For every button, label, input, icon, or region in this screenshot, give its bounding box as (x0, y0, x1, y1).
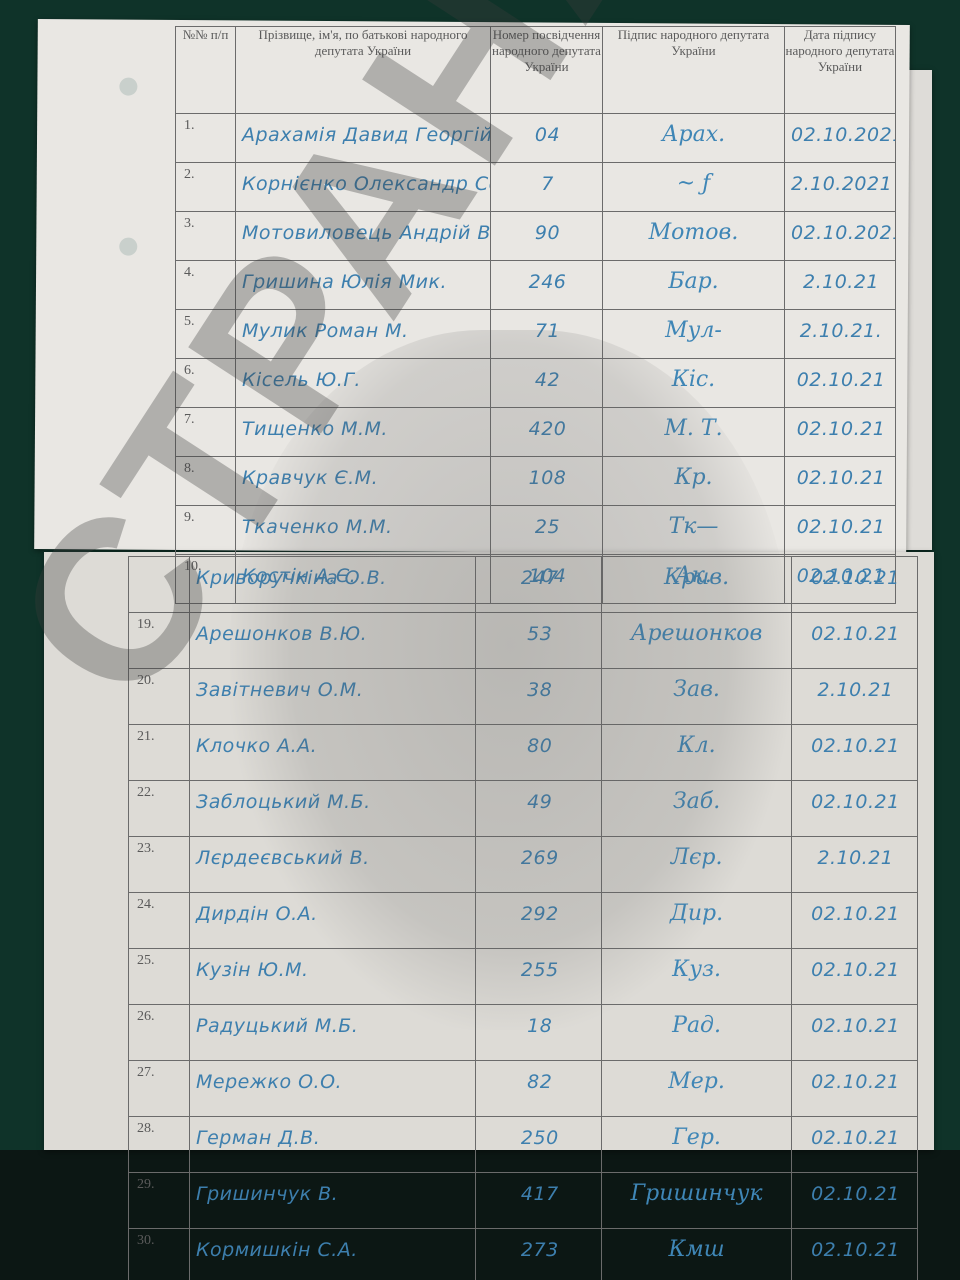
deputy-name: Лєрдеєвський В. (190, 837, 476, 893)
signature: Тк— (603, 506, 785, 555)
row-number: 4. (176, 261, 236, 310)
signature: Зав. (602, 669, 791, 725)
signature: Куз. (602, 949, 791, 1005)
deputy-name: Мотовиловець Андрій Володимирович (236, 212, 491, 261)
signature: Арах. (603, 114, 785, 163)
signature: ~ ƒ (603, 163, 785, 212)
table-row: 25. Кузін Ю.М. 255 Куз. 02.10.21 (129, 949, 918, 1005)
certificate-number: 420 (491, 408, 603, 457)
table-row: 27. Мережко О.О. 82 Мер. 02.10.21 (129, 1061, 918, 1117)
certificate-number: 7 (491, 163, 603, 212)
signature: Крив. (602, 557, 791, 613)
table-row: 5. Мулик Роман М. 71 Мул- 2.10.21. (176, 310, 896, 359)
row-number: 7. (176, 408, 236, 457)
table-row: 26. Радуцький М.Б. 18 Рад. 02.10.21 (129, 1005, 918, 1061)
row-number: 30. (129, 1229, 190, 1280)
table-row: 29. Гришинчук В. 417 Гришинчук 02.10.21 (129, 1173, 918, 1229)
certificate-number: 247 (476, 557, 602, 613)
punch-hole (119, 238, 137, 256)
certificate-number: 417 (476, 1173, 602, 1229)
signature-date: 02.10.21 (791, 1173, 917, 1229)
certificate-number: 71 (491, 310, 603, 359)
deputy-name: Гришинчук В. (190, 1173, 476, 1229)
signature-date: 02.10.21 (785, 408, 896, 457)
certificate-number: 90 (491, 212, 603, 261)
deputy-name: Герман Д.В. (190, 1117, 476, 1173)
col-header-name: Прізвище, ім'я, по батькові народного де… (236, 27, 491, 114)
signature-date: 2.10.2021 (785, 163, 896, 212)
row-number: 29. (129, 1173, 190, 1229)
punch-hole (119, 78, 137, 96)
certificate-number: 108 (491, 457, 603, 506)
row-number: 8. (176, 457, 236, 506)
signature: Кмш (602, 1229, 791, 1280)
table-row: 6. Кісель Ю.Г. 42 Кіс. 02.10.21 (176, 359, 896, 408)
certificate-number: 246 (491, 261, 603, 310)
signature-date: 02.10.21 (791, 1005, 917, 1061)
table-row: 23. Лєрдеєвський В. 269 Лєр. 2.10.21 (129, 837, 918, 893)
signature: Мер. (602, 1061, 791, 1117)
deputy-name: Арешонков В.Ю. (190, 613, 476, 669)
row-number: 2. (176, 163, 236, 212)
certificate-number: 38 (476, 669, 602, 725)
signature-date: 02.10.2021 (785, 212, 896, 261)
table-row: 30. Кормишкін С.А. 273 Кмш 02.10.21 (129, 1229, 918, 1280)
table-row: 8. Кравчук Є.М. 108 Кр. 02.10.21 (176, 457, 896, 506)
table-row: 3. Мотовиловець Андрій Володимирович 90 … (176, 212, 896, 261)
signature-table-top: №№ п/п Прізвище, ім'я, по батькові народ… (175, 26, 896, 604)
deputy-name: Мулик Роман М. (236, 310, 491, 359)
deputy-name: Кісель Ю.Г. (236, 359, 491, 408)
row-number: 22. (129, 781, 190, 837)
certificate-number: 04 (491, 114, 603, 163)
table-row: 19. Арешонков В.Ю. 53 Арешонков 02.10.21 (129, 613, 918, 669)
certificate-number: 250 (476, 1117, 602, 1173)
row-number: 24. (129, 893, 190, 949)
deputy-name: Завітневич О.М. (190, 669, 476, 725)
certificate-number: 42 (491, 359, 603, 408)
deputy-name: Криворучкіна О.В. (190, 557, 476, 613)
row-number: 1. (176, 114, 236, 163)
signature-table-bottom: Криворучкіна О.В. 247 Крив. 02.10.21 19.… (128, 556, 918, 1280)
col-header-date: Дата підпису народного депутата України (785, 27, 896, 114)
table-row: 2. Корнієнко Олександр Сергійович 7 ~ ƒ … (176, 163, 896, 212)
table-row: Криворучкіна О.В. 247 Крив. 02.10.21 (129, 557, 918, 613)
signature: М. Т. (603, 408, 785, 457)
signature: Мул- (603, 310, 785, 359)
signature-date: 2.10.21 (791, 837, 917, 893)
row-number: 19. (129, 613, 190, 669)
signature-date: 02.10.21 (785, 359, 896, 408)
signature: Заб. (602, 781, 791, 837)
table-row: 22. Заблоцький М.Б. 49 Заб. 02.10.21 (129, 781, 918, 837)
signature-date: 02.10.21 (791, 781, 917, 837)
deputy-name: Мережко О.О. (190, 1061, 476, 1117)
table-row: 24. Дирдін О.А. 292 Дир. 02.10.21 (129, 893, 918, 949)
signature: Бар. (603, 261, 785, 310)
deputy-name: Ткаченко М.М. (236, 506, 491, 555)
row-number (129, 557, 190, 613)
signature: Арешонков (602, 613, 791, 669)
row-number: 5. (176, 310, 236, 359)
deputy-name: Дирдін О.А. (190, 893, 476, 949)
certificate-number: 273 (476, 1229, 602, 1280)
table-row: 20. Завітневич О.М. 38 Зав. 2.10.21 (129, 669, 918, 725)
certificate-number: 25 (491, 506, 603, 555)
certificate-number: 49 (476, 781, 602, 837)
signature: Кр. (603, 457, 785, 506)
row-number: 20. (129, 669, 190, 725)
row-number: 23. (129, 837, 190, 893)
row-number: 9. (176, 506, 236, 555)
signature-date: 02.10.21 (791, 893, 917, 949)
signature: Кл. (602, 725, 791, 781)
signature-date: 02.10.21 (791, 725, 917, 781)
row-number: 27. (129, 1061, 190, 1117)
row-number: 21. (129, 725, 190, 781)
signature: Гришинчук (602, 1173, 791, 1229)
signature: Мотов. (603, 212, 785, 261)
table-row: 21. Клочко А.А. 80 Кл. 02.10.21 (129, 725, 918, 781)
certificate-number: 255 (476, 949, 602, 1005)
deputy-name: Корнієнко Олександр Сергійович (236, 163, 491, 212)
signature-date: 2.10.21. (785, 310, 896, 359)
deputy-name: Клочко А.А. (190, 725, 476, 781)
signature: Рад. (602, 1005, 791, 1061)
row-number: 25. (129, 949, 190, 1005)
deputy-name: Гришина Юлія Мик. (236, 261, 491, 310)
row-number: 6. (176, 359, 236, 408)
signature-date: 02.10.21 (791, 1061, 917, 1117)
certificate-number: 292 (476, 893, 602, 949)
signature-date: 02.10.21 (791, 557, 917, 613)
table-row: 4. Гришина Юлія Мик. 246 Бар. 2.10.21 (176, 261, 896, 310)
signature-date: 02.10.21 (791, 1229, 917, 1280)
signature-date: 02.10.21 (791, 1117, 917, 1173)
row-number: 3. (176, 212, 236, 261)
signature-date: 02.10.21 (791, 613, 917, 669)
deputy-name: Кузін Ю.М. (190, 949, 476, 1005)
deputy-name: Кормишкін С.А. (190, 1229, 476, 1280)
signature-date: 02.10.21 (791, 949, 917, 1005)
deputy-name: Кравчук Є.М. (236, 457, 491, 506)
certificate-number: 80 (476, 725, 602, 781)
table-header: №№ п/п Прізвище, ім'я, по батькові народ… (176, 27, 896, 114)
signature: Гер. (602, 1117, 791, 1173)
table-row: 9. Ткаченко М.М. 25 Тк— 02.10.21 (176, 506, 896, 555)
table-row: 28. Герман Д.В. 250 Гер. 02.10.21 (129, 1117, 918, 1173)
deputy-name: Арахамія Давид Георгійович (236, 114, 491, 163)
deputy-name: Заблоцький М.Б. (190, 781, 476, 837)
col-header-number: №№ п/п (176, 27, 236, 114)
signature: Дир. (602, 893, 791, 949)
row-number: 26. (129, 1005, 190, 1061)
certificate-number: 18 (476, 1005, 602, 1061)
deputy-name: Радуцький М.Б. (190, 1005, 476, 1061)
col-header-signature: Підпис народного депутата України (603, 27, 785, 114)
row-number: 28. (129, 1117, 190, 1173)
signature-date: 02.10.2021 (785, 114, 896, 163)
signature-date: 02.10.21 (785, 457, 896, 506)
certificate-number: 82 (476, 1061, 602, 1117)
signature: Лєр. (602, 837, 791, 893)
signature-date: 02.10.21 (785, 506, 896, 555)
signature-date: 2.10.21 (791, 669, 917, 725)
certificate-number: 53 (476, 613, 602, 669)
table-row: 1. Арахамія Давид Георгійович 04 Арах. 0… (176, 114, 896, 163)
signature: Кіс. (603, 359, 785, 408)
col-header-id: Номер посвідчення народного депутата Укр… (491, 27, 603, 114)
signature-date: 2.10.21 (785, 261, 896, 310)
certificate-number: 269 (476, 837, 602, 893)
table-row: 7. Тищенко М.М. 420 М. Т. 02.10.21 (176, 408, 896, 457)
deputy-name: Тищенко М.М. (236, 408, 491, 457)
